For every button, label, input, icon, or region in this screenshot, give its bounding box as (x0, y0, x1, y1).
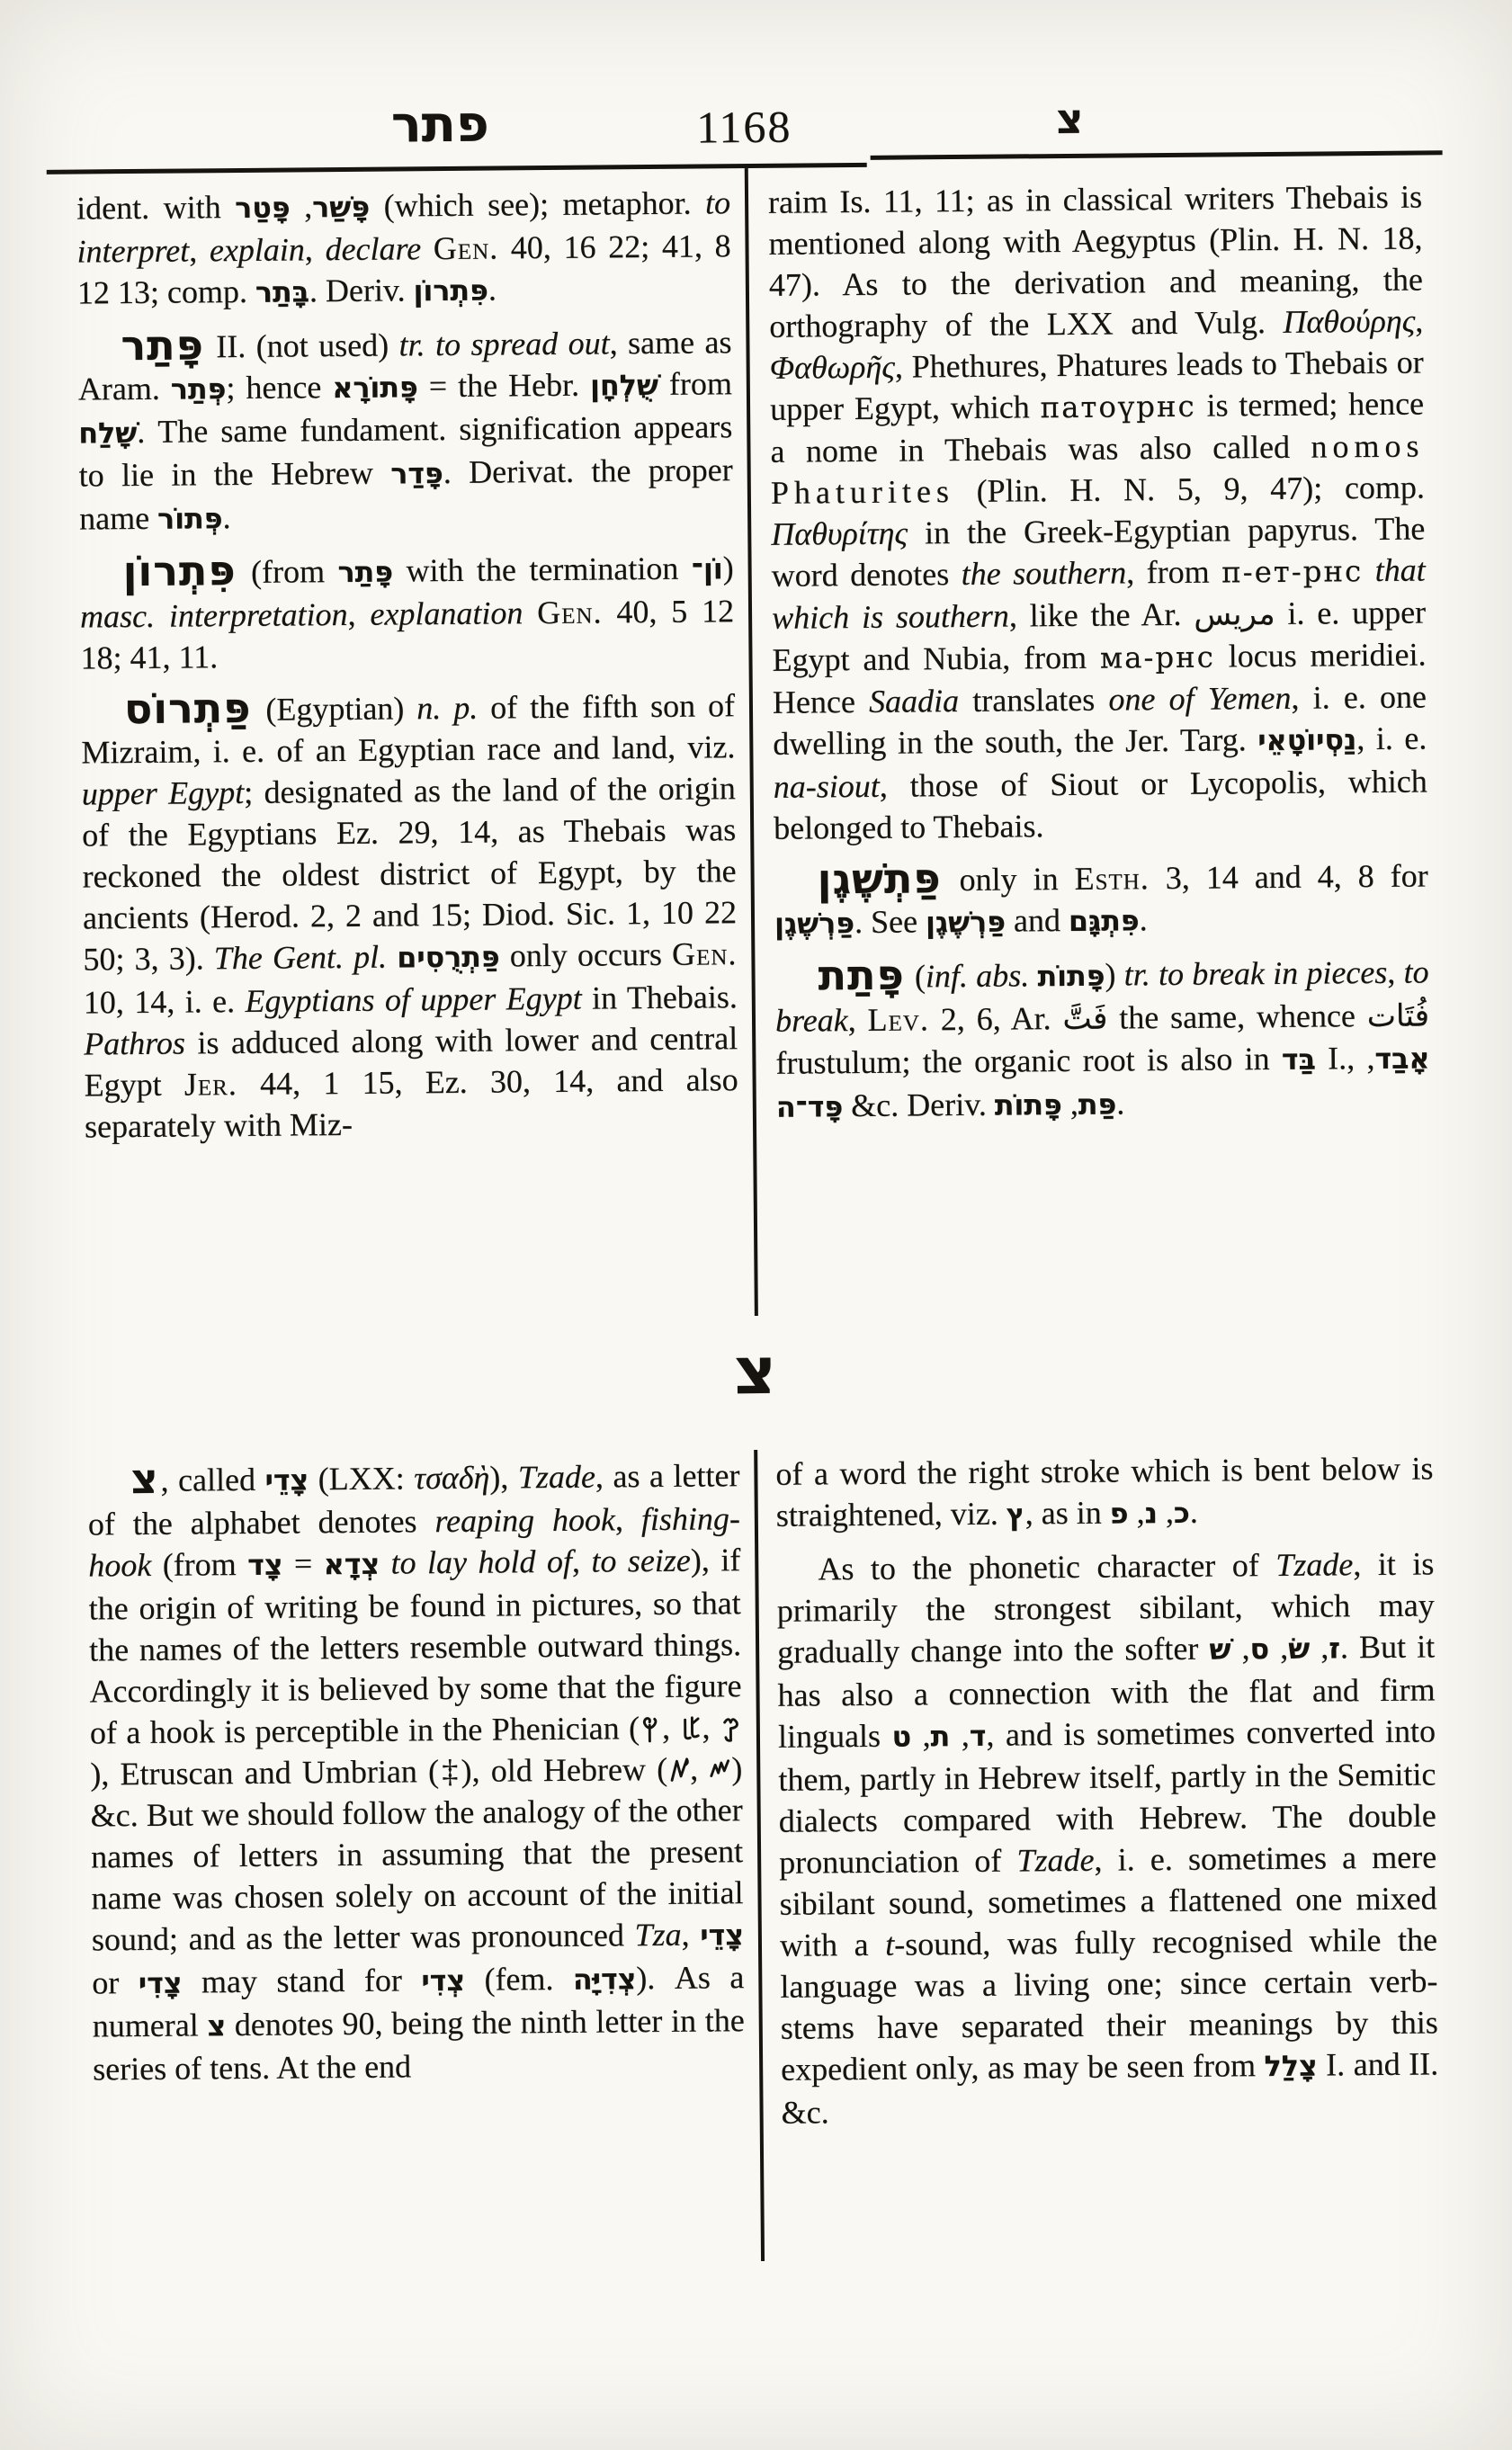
hebrew-headword: פָּתַת (816, 951, 907, 1000)
top-section-left-column: ident. with פָּשַׁר, פָּטַר (which see);… (76, 182, 738, 1147)
hebrew-word: פָּדַר (390, 458, 443, 491)
hebrew-word: צָדֵי (700, 1919, 744, 1952)
hebrew-word: בָּתַר (255, 276, 309, 309)
greek-word: Φαθωρῆς (770, 349, 896, 386)
hebrew-word: צָדֵי (264, 1464, 309, 1497)
hebrew-word: פָּתוֹת (995, 1089, 1062, 1122)
greek-word: τσαδὴ (414, 1460, 489, 1497)
text-run: (from (237, 553, 337, 590)
text-run: , (1269, 1630, 1288, 1666)
text-run: . (488, 271, 497, 307)
text-run: . (222, 499, 230, 535)
italic-text: tr. (1124, 956, 1150, 992)
dictionary-paragraph: צ, called צָדֵי (LXX: τσαδὴ), Tzade, as … (87, 1453, 745, 2089)
hebrew-word: שָׁלַח (78, 417, 137, 451)
text-run: , (1366, 1040, 1374, 1076)
hebrew-headword: צ (129, 1454, 161, 1503)
italic-text: inf. abs. (926, 957, 1030, 994)
dictionary-paragraph: ident. with פָּשַׁר, פָּטַר (which see);… (76, 182, 731, 315)
scripture-reference: Esth. (1074, 860, 1150, 897)
italic-text: n. p. (416, 690, 478, 727)
hebrew-word: ד (970, 1721, 987, 1753)
hebrew-word: פַּרְשֶׁגֶן (774, 908, 854, 941)
arabic-word: فُتَات (1367, 997, 1430, 1034)
greek-word: Παθυρίτης (771, 515, 908, 552)
old-hebrew-tsade-glyph-1 (667, 1757, 690, 1784)
hebrew-word: שׂ (1288, 1633, 1310, 1666)
text-run: translates (959, 682, 1109, 719)
italic-text: to lay hold of (390, 1543, 572, 1581)
text-run: with the termination (393, 550, 692, 589)
text-run: , (847, 1002, 867, 1038)
text-run: (Egyptian) (253, 690, 416, 728)
scanned-dictionary-page: פתר 1168 צ ident. with פָּשַׁר, פָּטַר (… (0, 0, 1512, 2450)
hebrew-word: פַּרְשֶׁגֶן (926, 907, 1006, 940)
text-run: frustulum; the organic root is also in (775, 1041, 1282, 1081)
italic-text: reaping hook (434, 1501, 615, 1539)
text-run: , (189, 232, 210, 268)
italic-text: to seize (591, 1542, 691, 1579)
phenician-tsade-glyph-2 (679, 1716, 702, 1743)
text-run: from (658, 365, 732, 402)
text-run: , (1387, 954, 1404, 990)
hebrew-word: פָּטַר (235, 192, 291, 225)
hebrew-word: ץ (1007, 1498, 1025, 1531)
hebrew-word: צְדִיָּה (573, 1963, 637, 1997)
text-run: ), Etruscan and Umbrian ( (90, 1753, 439, 1792)
italic-text: Tzade (518, 1459, 595, 1496)
hebrew-word: שֻׁלְחָן (590, 370, 658, 403)
text-run: 2, 6, Ar. (929, 1000, 1063, 1037)
hebrew-headword: פַּתְרוֹס (122, 684, 254, 733)
text-run: = the Hebr. (418, 367, 591, 405)
hebrew-word: כ (1174, 1498, 1190, 1530)
text-run: , (950, 1717, 970, 1753)
italic-text: Tza (634, 1917, 681, 1953)
hebrew-headword: פַּתְשֶׁגֶן (815, 854, 943, 903)
hebrew-word: וֹן־ (692, 553, 723, 586)
text-run: may stand for (182, 1962, 421, 1999)
text-run: , (615, 1501, 641, 1537)
text-run (425, 326, 435, 362)
header-rule-right-segment (871, 150, 1443, 160)
text-run (1029, 957, 1038, 993)
text-run: , (681, 1917, 700, 1953)
hebrew-word: פָּתוֹת (1037, 961, 1105, 994)
italic-text: to break in pieces (1159, 954, 1388, 992)
text-run: . Deriv. (309, 272, 414, 308)
italic-text: explanation (370, 595, 523, 631)
hebrew-word: צָלַל (1264, 2051, 1317, 2084)
text-run: . (1139, 901, 1147, 937)
text-run: and (1006, 902, 1069, 939)
hebrew-word: נ (1144, 1498, 1158, 1530)
italic-text: Egyptians of upper Egypt (245, 980, 582, 1019)
scripture-reference: Gen. (672, 935, 738, 972)
text-run: (LXX: (309, 1460, 414, 1497)
hebrew-headword: פָּתַר (119, 320, 206, 370)
text-run: 10, 14, i. e. (84, 983, 246, 1021)
hebrew-word: פִּתְרוֹן (413, 275, 488, 308)
text-run: , from (1126, 553, 1221, 590)
coptic-word: п-ет-рнс (1221, 554, 1363, 589)
text-run: = (282, 1545, 324, 1581)
text-run: the same, whence (1107, 997, 1367, 1036)
text-run: (Plin. H. N. 5, 9, 47); comp. (954, 469, 1425, 509)
text-run: , (347, 596, 370, 632)
italic-text: explain (210, 231, 305, 268)
arabic-word: مريس (1194, 596, 1275, 633)
italic-text: masc. interpretation (80, 596, 348, 635)
hebrew-word: נַסְיוֹטָאֵי (1257, 724, 1356, 757)
hebrew-word: פַּת (1078, 1088, 1117, 1121)
hebrew-word: ז (1329, 1632, 1340, 1665)
text-run (380, 1545, 391, 1581)
text-run: , (1310, 1629, 1329, 1665)
text-run: II. (not used) (206, 326, 399, 364)
hebrew-word: ס (1249, 1633, 1269, 1666)
greek-word: Παθούρης (1283, 303, 1415, 340)
hebrew-word: פָּשַׁר (312, 192, 370, 225)
text-run: , (1128, 1494, 1144, 1530)
text-run: only in (943, 861, 1074, 898)
arabic-word: فَتَّ (1062, 1001, 1107, 1037)
text-run: in Thebais. (581, 979, 737, 1016)
hebrew-word: פָּתוֹרָא (332, 371, 418, 405)
text-run: ‡ (439, 1753, 461, 1789)
dictionary-paragraph: פָּתַת (inf. abs. פָּתוֹת) tr. to break … (774, 950, 1430, 1128)
text-run (1363, 552, 1375, 588)
text-run: . (1190, 1494, 1198, 1530)
coptic-word: ма-рнс (1100, 640, 1215, 675)
italic-text: Saadia (869, 683, 959, 720)
text-run: , as in (1025, 1495, 1110, 1532)
text-run: ), old Hebrew ( (461, 1751, 667, 1789)
text-run: , (702, 1709, 720, 1745)
dictionary-paragraph: פַּתְשֶׁגֶן only in Esth. 3, 14 and 4, 8… (774, 854, 1428, 944)
text-run: , (290, 188, 312, 224)
italic-text: The Gent. pl. (214, 939, 388, 977)
column-divider-bottom-section (754, 1450, 765, 2261)
hebrew-headword: פִּתְרוֹן (121, 546, 237, 595)
text-run: , (1158, 1494, 1174, 1530)
text-run: , (572, 1543, 592, 1579)
hebrew-word: פְּתוֹר (157, 503, 223, 536)
phenician-tsade-glyph-1 (640, 1716, 662, 1743)
text-run: , called (160, 1462, 264, 1498)
hebrew-word: צְדִי (421, 1965, 465, 1998)
hebrew-word: בַּד (1282, 1044, 1316, 1077)
italic-text: tr. (398, 326, 425, 362)
text-run: , (911, 1717, 931, 1753)
old-hebrew-tsade-glyph-2 (709, 1757, 731, 1784)
dictionary-paragraph: פִּתְרוֹן (from פָּתַר with the terminat… (79, 546, 734, 678)
text-run: (which see); metaphor. (370, 184, 705, 223)
text-run: . (1116, 1085, 1124, 1121)
hebrew-word: צְדָא (324, 1549, 380, 1582)
text-run: , like the Ar. (1009, 596, 1194, 634)
text-run (523, 595, 537, 630)
text-run: ident. with (76, 189, 235, 227)
dictionary-paragraph: raim Is. 11, 11; as in classical writers… (768, 175, 1427, 848)
scripture-reference: Jer. (184, 1066, 237, 1103)
text-run: 3, 14 and 4, 8 for (1150, 857, 1428, 896)
text-run: , (690, 1750, 710, 1786)
italic-text: the southern (961, 554, 1126, 592)
text-run: . See (854, 903, 926, 940)
text-run: , (1415, 302, 1423, 338)
hebrew-word: פַּתְרֻסִים (397, 941, 500, 974)
italic-text: Tzade (1275, 1546, 1353, 1583)
dictionary-paragraph: פָּתַר II. (not used) tr. to spread out,… (77, 320, 733, 541)
text-run: , (305, 231, 326, 267)
hebrew-word: ט (891, 1721, 911, 1754)
italic-text: declare (325, 230, 421, 267)
column-divider-top-section (745, 168, 758, 1316)
hebrew-word: צָד (247, 1550, 283, 1582)
text-run (387, 938, 397, 974)
hebrew-word: פ (1110, 1498, 1129, 1530)
text-run: I., (1316, 1040, 1367, 1076)
hebrew-word: שׁ (1209, 1633, 1230, 1666)
bottom-section-left-column: צ, called צָדֵי (LXX: τσαδὴ), Tzade, as … (87, 1453, 745, 2089)
text-run: ( (907, 958, 926, 994)
dictionary-paragraph: As to the phonetic character of Tzade, i… (776, 1542, 1439, 2133)
scripture-reference: Gen. (434, 229, 499, 266)
scripture-reference: Gen. (537, 594, 603, 630)
dictionary-paragraph: of a word the right stroke which is bent… (775, 1447, 1434, 1537)
page-number: 1168 (654, 103, 834, 150)
running-head-left-word: פתר (350, 99, 530, 151)
hebrew-word: פְּתַר (171, 373, 227, 407)
italic-text: to spread out (435, 325, 610, 362)
section-divider-letter-tzade: צ (665, 1337, 845, 1404)
hebrew-word: צָדִי (139, 1968, 183, 2000)
text-run: ; hence (226, 369, 332, 406)
italic-text: Tzade (1016, 1842, 1094, 1879)
text-run: ), (489, 1459, 518, 1495)
italic-text: one of Yemen (1108, 680, 1291, 718)
text-run: (from (151, 1546, 247, 1583)
text-run: , (662, 1710, 680, 1746)
text-run: , i. e. (1356, 720, 1427, 756)
bottom-section-right-column: of a word the right stroke which is bent… (775, 1447, 1439, 2133)
text-run: or (92, 1964, 139, 2000)
text-run: ) (722, 550, 733, 586)
hebrew-word: ת (930, 1721, 950, 1753)
hebrew-word: אָבַד (1374, 1042, 1429, 1076)
text-run: &c. Deriv. (843, 1086, 995, 1123)
hebrew-word: צ (207, 2010, 226, 2043)
italic-text: t (885, 1927, 894, 1963)
scripture-reference: Lev. (867, 1001, 929, 1038)
hebrew-word: פִּתְגָּם (1069, 905, 1140, 938)
hebrew-word: פָּד־ה (776, 1091, 844, 1124)
text-run: , (1230, 1630, 1249, 1666)
italic-text: Pathros (84, 1025, 185, 1062)
text-run: (fem. (465, 1961, 573, 1998)
text-run: ) (1105, 956, 1124, 992)
italic-text: upper Egypt (82, 774, 245, 812)
text-run: , (1062, 1086, 1078, 1122)
hebrew-word: פָּתַר (337, 556, 393, 589)
coptic-word: патоүрнс (1040, 389, 1195, 425)
phenician-tsade-glyph-3 (720, 1715, 742, 1742)
text-run: only occurs (499, 936, 672, 974)
dictionary-paragraph: פַּתְרוֹס (Egyptian) n. p. of the fifth … (81, 684, 738, 1147)
top-section-right-column: raim Is. 11, 11; as in classical writers… (768, 175, 1430, 1128)
italic-text: na-siout (774, 768, 880, 805)
text-run: As to the phonetic character of (818, 1547, 1275, 1587)
text-run (421, 230, 434, 266)
running-head-right-word: צ (998, 97, 1141, 139)
